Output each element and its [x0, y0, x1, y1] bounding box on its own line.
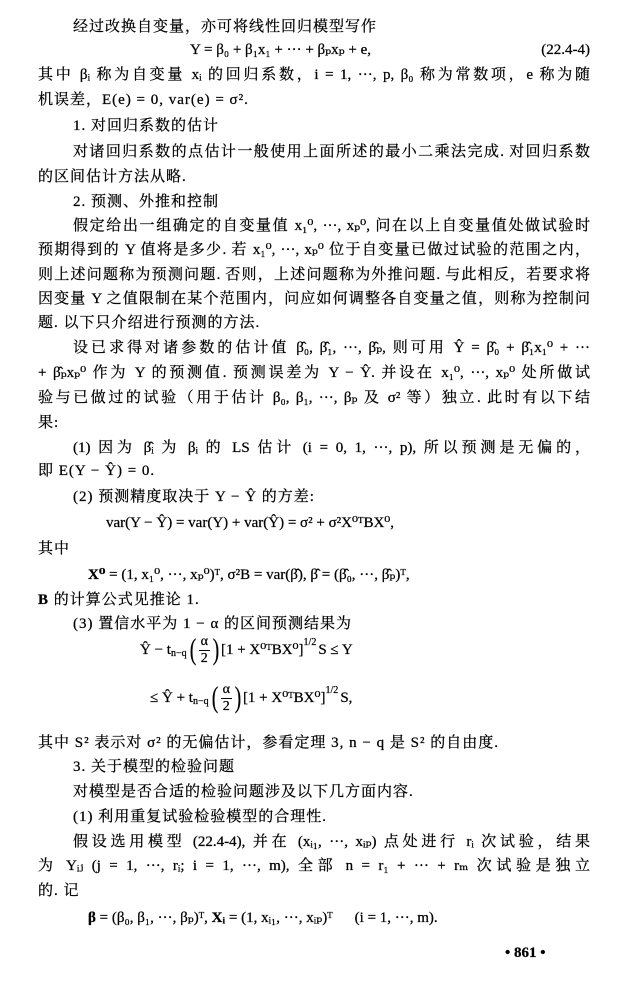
intro-line: 其中 βᵢ 称为自变量 xᵢ 的回归系数，i = 1, ···, p, β₀ 称… — [38, 65, 590, 85]
b-note-text: 的计算公式见推论 1. — [49, 592, 200, 608]
x-symbol: Xᵢ — [212, 910, 226, 926]
model-equation: Y = β₀ + β₁x₁ + ··· + βₚxₚ + e, — [190, 40, 371, 60]
index-range: (i = 1, ···, m). — [355, 910, 438, 926]
paragraph-line: 设已求得对诸参数的估计值 β̂₀, β̂₁, ···, β̂ₚ, 则可用 Ŷ =… — [73, 338, 590, 358]
paragraph-line: 因变量 Y 之值限制在某个范围内，问应如何调整各自变量之值，则称为控制问 — [38, 289, 590, 309]
paragraph-line: 验与已做过的试验（用于估计 β₀, β₁, ···, βₚ 及 σ² 等）独立.… — [38, 388, 590, 408]
section-3-line: 的. 记 — [38, 881, 590, 901]
result-3-note: 其中 S² 表示对 σ² 的无偏估计，参看定理 3, n − q 是 S² 的自… — [38, 733, 590, 753]
fraction-denominator: 2 — [221, 699, 232, 715]
section-1-heading: 1. 对回归系数的估计 — [73, 116, 590, 136]
section-3-heading: 3. 关于模型的检验问题 — [73, 757, 590, 777]
result-1-line: 即 E(Y − Ŷ) = 0. — [38, 461, 590, 481]
textbook-page: 经过改换自变量，亦可将线性回归模型写作 Y = β₀ + β₁x₁ + ··· … — [0, 0, 640, 988]
section-1-line: 对诸回归系数的点估计一般使用上面所述的最小二乘法完成. 对回归系数 — [73, 142, 590, 162]
paren-close: ) — [213, 632, 220, 668]
section-3-line: 为 Yᵢⱼ (j = 1, ···, rᵢ; i = 1, ···, m), 全… — [38, 856, 590, 876]
equation-number: (22.4-4) — [541, 40, 590, 60]
result-1-line: (1) 因为 β̂ᵢ 为 βᵢ 的 LS 估计 (i = 0, 1, ···, … — [73, 438, 590, 458]
definitions-equation: X⁰ = (1, x₁⁰, ···, xₚ⁰)ᵀ, σ²B = var(β̂),… — [88, 565, 410, 585]
paragraph-line: 预期得到的 Y 值将是多少. 若 x₁⁰, ···, xₚ⁰ 位于自变量已做过试… — [38, 240, 590, 260]
beta-rest: = (β₀, β₁, ···, βₚ)ᵀ, — [96, 910, 212, 926]
b-symbol: B — [38, 592, 49, 608]
alpha-half-fraction: α 2 — [199, 634, 210, 667]
intro-lead: 经过改换自变量，亦可将线性回归模型写作 — [73, 17, 590, 37]
paragraph-line: 假定给出一组确定的自变量值 x₁⁰, ···, xₚ⁰, 问在以上自变量值处做试… — [73, 216, 590, 236]
interval-prefix: Ŷ − t — [140, 640, 171, 660]
alpha-half-fraction: α 2 — [221, 682, 232, 715]
interval-exponent: 1/2 — [326, 681, 339, 701]
fraction-denominator: 2 — [199, 651, 210, 667]
paragraph-line: 果: — [38, 413, 590, 433]
interval-bracket: [1 + X⁰ᵀBX⁰] — [243, 688, 326, 708]
beta-symbol: β — [88, 910, 96, 926]
interval-prefix: ≤ Ŷ + t — [150, 688, 193, 708]
section-3-item-1-heading: (1) 利用重复试验检验模型的合理性. — [73, 807, 590, 827]
section-2-heading: 2. 预测、外推和控制 — [73, 192, 590, 212]
x-rest: = (1, xᵢ₁, ···, xᵢₚ)ᵀ — [225, 910, 333, 926]
interval-bracket: [1 + X⁰ᵀBX⁰] — [221, 640, 304, 660]
paragraph-line: 则上述问题称为预测问题. 否则，上述问题称为外推问题. 与此相反，若要求将 — [38, 265, 590, 285]
b-formula-note: B 的计算公式见推论 1. — [38, 590, 590, 610]
paragraph-line: + β̂ₚxₚ⁰ 作为 Y 的预测值. 预测误差为 Y − Ŷ. 并设在 x₁⁰… — [38, 363, 590, 383]
section-3-intro: 对模型是否合适的检验问题涉及以下几方面内容. — [73, 782, 590, 802]
paragraph-line: 题. 以下只介绍进行预测的方法. — [38, 313, 590, 333]
beta-x-definitions: β = (β₀, β₁, ···, βₚ)ᵀ, Xᵢ = (1, xᵢ₁, ··… — [88, 908, 438, 928]
where-label: 其中 — [38, 539, 590, 559]
paren-close: ) — [235, 680, 242, 716]
result-2-text: (2) 预测精度取决于 Y − Ŷ 的方差: — [73, 487, 590, 507]
x0-symbol: X⁰ — [88, 567, 105, 583]
prediction-interval-lower: Ŷ − t n−q ( α 2 ) [1 + X⁰ᵀBX⁰] 1/2 S ≤ Y — [140, 632, 353, 668]
fraction-numerator: α — [221, 682, 232, 699]
section-1-line: 的区间估计方法从略. — [38, 167, 590, 187]
section-3-line: 假设选用模型 (22.4-4), 并在 (xᵢ₁, ···, xᵢₚ) 点处进行… — [73, 832, 590, 852]
intro-line: 机误差，E(e) = 0, var(e) = σ². — [38, 90, 590, 110]
result-3-text: (3) 置信水平为 1 − α 的区间预测结果为 — [73, 614, 590, 634]
interval-suffix: S, — [340, 688, 352, 708]
fraction-numerator: α — [199, 634, 210, 651]
definitions-rest: = (1, x₁⁰, ···, xₚ⁰)ᵀ, σ²B = var(β̂), β̂… — [105, 567, 409, 583]
paren-open: ( — [211, 680, 218, 716]
variance-equation: var(Y − Ŷ) = var(Y) + var(Ŷ) = σ² + σ²X⁰… — [106, 513, 394, 533]
prediction-interval-upper: ≤ Ŷ + t n−q ( α 2 ) [1 + X⁰ᵀBX⁰] 1/2 S, — [150, 680, 352, 716]
interval-exponent: 1/2 — [304, 633, 317, 653]
page-number: • 861 • — [505, 943, 546, 963]
paren-open: ( — [189, 632, 196, 668]
t-subscript: n−q — [171, 644, 187, 664]
t-subscript: n−q — [193, 692, 209, 712]
interval-suffix: S ≤ Y — [318, 640, 352, 660]
